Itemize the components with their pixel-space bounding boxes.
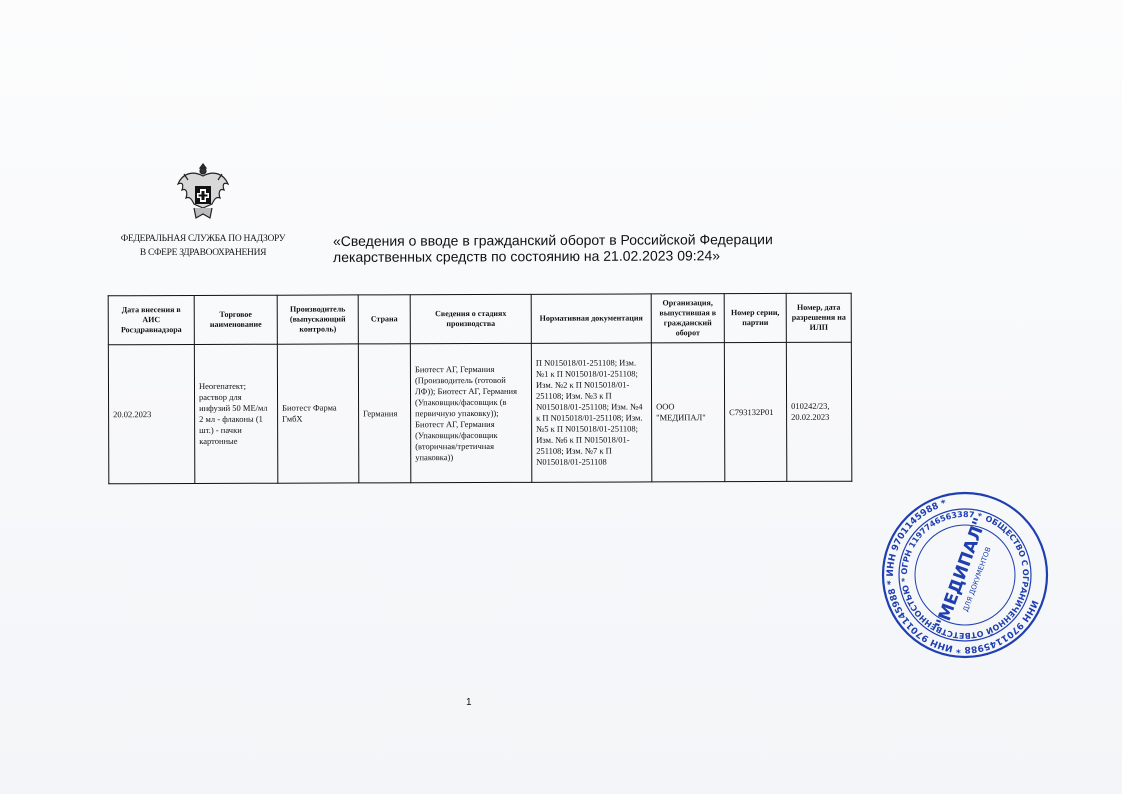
column-header-permit: Номер, дата разрешения на ИЛП	[786, 293, 851, 342]
cell-regulatory-docs: П N015018/01-251108; Изм. №1 к П N015018…	[531, 343, 651, 482]
registry-table: Дата внесения в АИС Росздравнадзора Торг…	[108, 293, 853, 485]
page-number: 1	[466, 697, 472, 708]
agency-name-line1: Федеральная служба по надзору	[108, 232, 298, 246]
document-title-line2: лекарственных средств по состоянию на 21…	[333, 247, 793, 265]
column-header-regulatory-docs: Нормативная документация	[531, 294, 651, 343]
column-header-country: Страна	[358, 295, 410, 344]
column-header-production-stages: Сведения о стадиях производства	[410, 294, 531, 343]
cell-manufacturer: Биотест Фарма ГмбХ	[277, 344, 358, 483]
cell-batch-number: C793132P01	[724, 342, 786, 481]
cell-country: Германия	[358, 344, 410, 483]
document-title-line1: «Сведения о вводе в гражданский оборот в…	[333, 231, 793, 249]
column-header-date-added: Дата внесения в АИС Росздравнадзора	[108, 295, 194, 344]
column-header-manufacturer: Производитель (выпускающий контроль)	[277, 295, 358, 344]
column-header-batch-number: Номер серии, партии	[724, 293, 786, 342]
cell-production-stages: Биотест АГ, Германия (Производитель (гот…	[410, 343, 531, 482]
column-header-organization: Организация, выпустившая в гражданский о…	[651, 294, 724, 343]
table-row: 20.02.2023 Неогепатект; раствор для инфу…	[108, 342, 851, 484]
company-seal-stamp-icon: ИНН 9701145988 * ИНН 9701145988 * ИНН 97…	[880, 490, 1050, 660]
column-header-trade-name: Торговое наименование	[194, 295, 277, 344]
table-header-row: Дата внесения в АИС Росздравнадзора Торг…	[108, 293, 851, 345]
cell-permit: 010242/23, 20.02.2023	[786, 342, 851, 481]
document-title: «Сведения о вводе в гражданский оборот в…	[333, 231, 793, 265]
agency-name: Федеральная служба по надзору в сфере зд…	[108, 232, 298, 260]
agency-name-line2: в сфере здравоохранения	[108, 246, 298, 260]
cell-trade-name: Неогепатект; раствор для инфузий 50 МЕ/м…	[194, 344, 277, 483]
cell-date-added: 20.02.2023	[108, 344, 194, 483]
cell-organization: ООО "МЕДИПАЛ"	[651, 343, 724, 482]
double-headed-eagle-emblem-icon	[174, 160, 232, 226]
